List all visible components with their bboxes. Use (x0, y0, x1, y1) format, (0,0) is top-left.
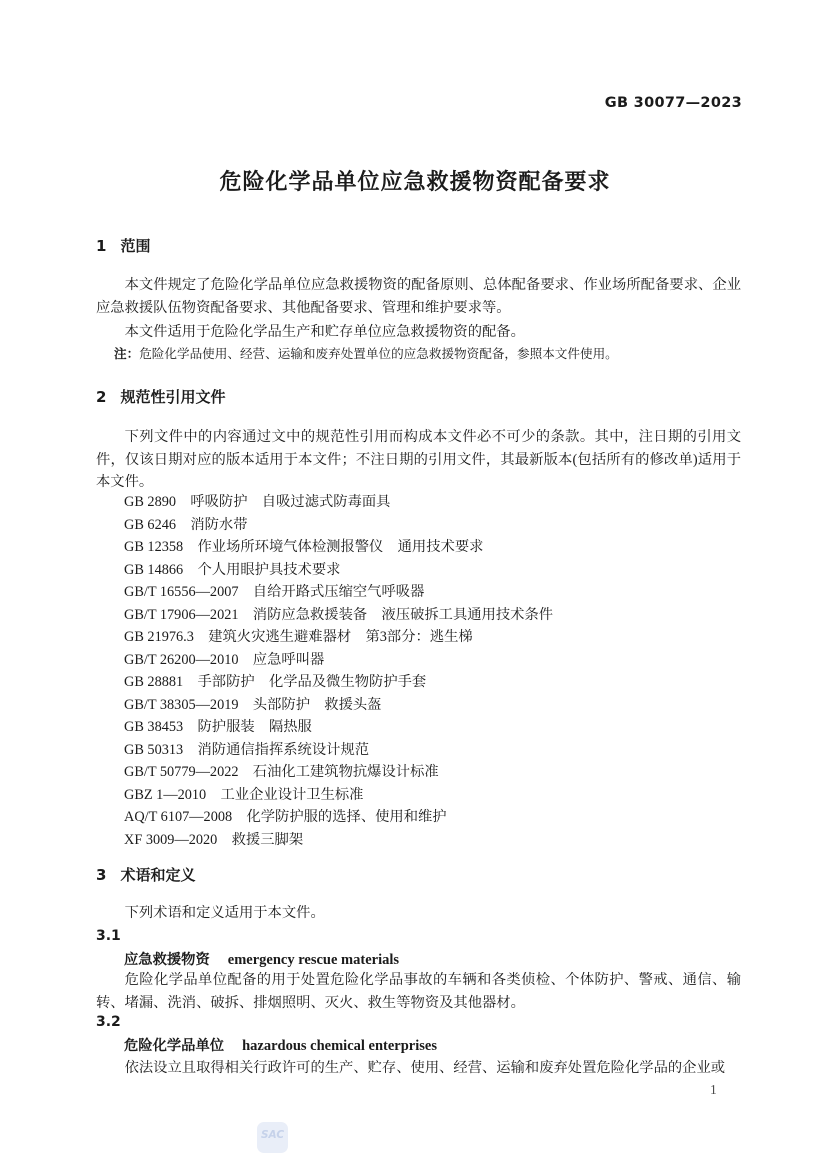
term-3-2-definition: 依法设立且取得相关行政许可的生产、贮存、使用、经营、运输和废弃处置危险化学品的企… (96, 1057, 741, 1080)
term-3-2-en: hazardous chemical enterprises (242, 1038, 437, 1054)
reference-item: GB 28881 手部防护 化学品及微生物防护手套 (96, 671, 741, 694)
reference-item: GB 14866 个人用眼护具技术要求 (96, 559, 741, 582)
normative-references-list: GB 2890 呼吸防护 自吸过滤式防毒面具 GB 6246 消防水带 GB 1… (96, 491, 741, 851)
reference-item: GB/T 26200—2010 应急呼叫器 (96, 649, 741, 672)
term-3-1-en: emergency rescue materials (228, 952, 399, 968)
term-3-1-id: 3.1 (96, 928, 121, 944)
note-label: 注： (114, 346, 139, 361)
terms-intro: 下列术语和定义适用于本文件。 (96, 902, 741, 925)
term-3-1-name: 应急救援物资emergency rescue materials (124, 949, 741, 969)
reference-item: GB/T 38305—2019 头部防护 救援头盔 (96, 694, 741, 717)
references-intro: 下列文件中的内容通过文中的规范性引用而构成本文件必不可少的条款。其中，注日期的引… (96, 426, 741, 494)
standard-doc-number: GB 30077—2023 (605, 95, 742, 111)
term-3-2-id: 3.2 (96, 1014, 121, 1030)
section-3-heading: 3术语和定义 (96, 864, 741, 885)
sac-logo-watermark: SAC (257, 1122, 288, 1153)
reference-item: GBZ 1—2010 工业企业设计卫生标准 (96, 784, 741, 807)
scope-paragraph-1: 本文件规定了危险化学品单位应急救援物资的配备原则、总体配备要求、作业场所配备要求… (96, 274, 741, 319)
reference-item: GB 2890 呼吸防护 自吸过滤式防毒面具 (96, 491, 741, 514)
section-1-heading: 1范围 (96, 235, 741, 256)
term-3-2-zh: 危险化学品单位 (124, 1038, 224, 1054)
reference-item: GB 6246 消防水带 (96, 514, 741, 537)
section-2-heading: 2规范性引用文件 (96, 386, 741, 407)
reference-item: GB 50313 消防通信指挥系统设计规范 (96, 739, 741, 762)
reference-item: GB/T 16556—2007 自给开路式压缩空气呼吸器 (96, 581, 741, 604)
reference-item: GB/T 17906—2021 消防应急救援装备 液压破拆工具通用技术条件 (96, 604, 741, 627)
document-title: 危险化学品单位应急救援物资配备要求 (0, 165, 830, 196)
term-3-1-definition: 危险化学品单位配备的用于处置危险化学品事故的车辆和各类侦检、个体防护、警戒、通信… (96, 969, 741, 1014)
section-1-title: 范围 (120, 237, 150, 255)
term-3-2-name: 危险化学品单位hazardous chemical enterprises (124, 1035, 741, 1055)
reference-item: XF 3009—2020 救援三脚架 (96, 829, 741, 852)
scope-paragraph-2: 本文件适用于危险化学品生产和贮存单位应急救援物资的配备。 (96, 321, 741, 344)
term-3-1-zh: 应急救援物资 (124, 952, 210, 968)
section-1-number: 1 (96, 237, 106, 255)
standard-document-page: GB 30077—2023 危险化学品单位应急救援物资配备要求 1范围 本文件规… (0, 0, 830, 1175)
reference-item: GB 21976.3 建筑火灾逃生避难器材 第3部分：逃生梯 (96, 626, 741, 649)
note-text: 危险化学品使用、经营、运输和废弃处置单位的应急救援物资配备，参照本文件使用。 (139, 347, 618, 361)
section-3-title: 术语和定义 (120, 866, 195, 884)
reference-item: GB 38453 防护服装 隔热服 (96, 716, 741, 739)
section-2-title: 规范性引用文件 (120, 388, 225, 406)
reference-item: AQ/T 6107—2008 化学防护服的选择、使用和维护 (96, 806, 741, 829)
reference-item: GB/T 50779—2022 石油化工建筑物抗爆设计标准 (96, 761, 741, 784)
page-number: 1 (710, 1082, 717, 1098)
scope-note: 注：危险化学品使用、经营、运输和废弃处置单位的应急救援物资配备，参照本文件使用。 (96, 345, 741, 363)
section-2-number: 2 (96, 388, 106, 406)
sac-logo-text: SAC (261, 1129, 284, 1141)
section-3-number: 3 (96, 866, 106, 884)
reference-item: GB 12358 作业场所环境气体检测报警仪 通用技术要求 (96, 536, 741, 559)
